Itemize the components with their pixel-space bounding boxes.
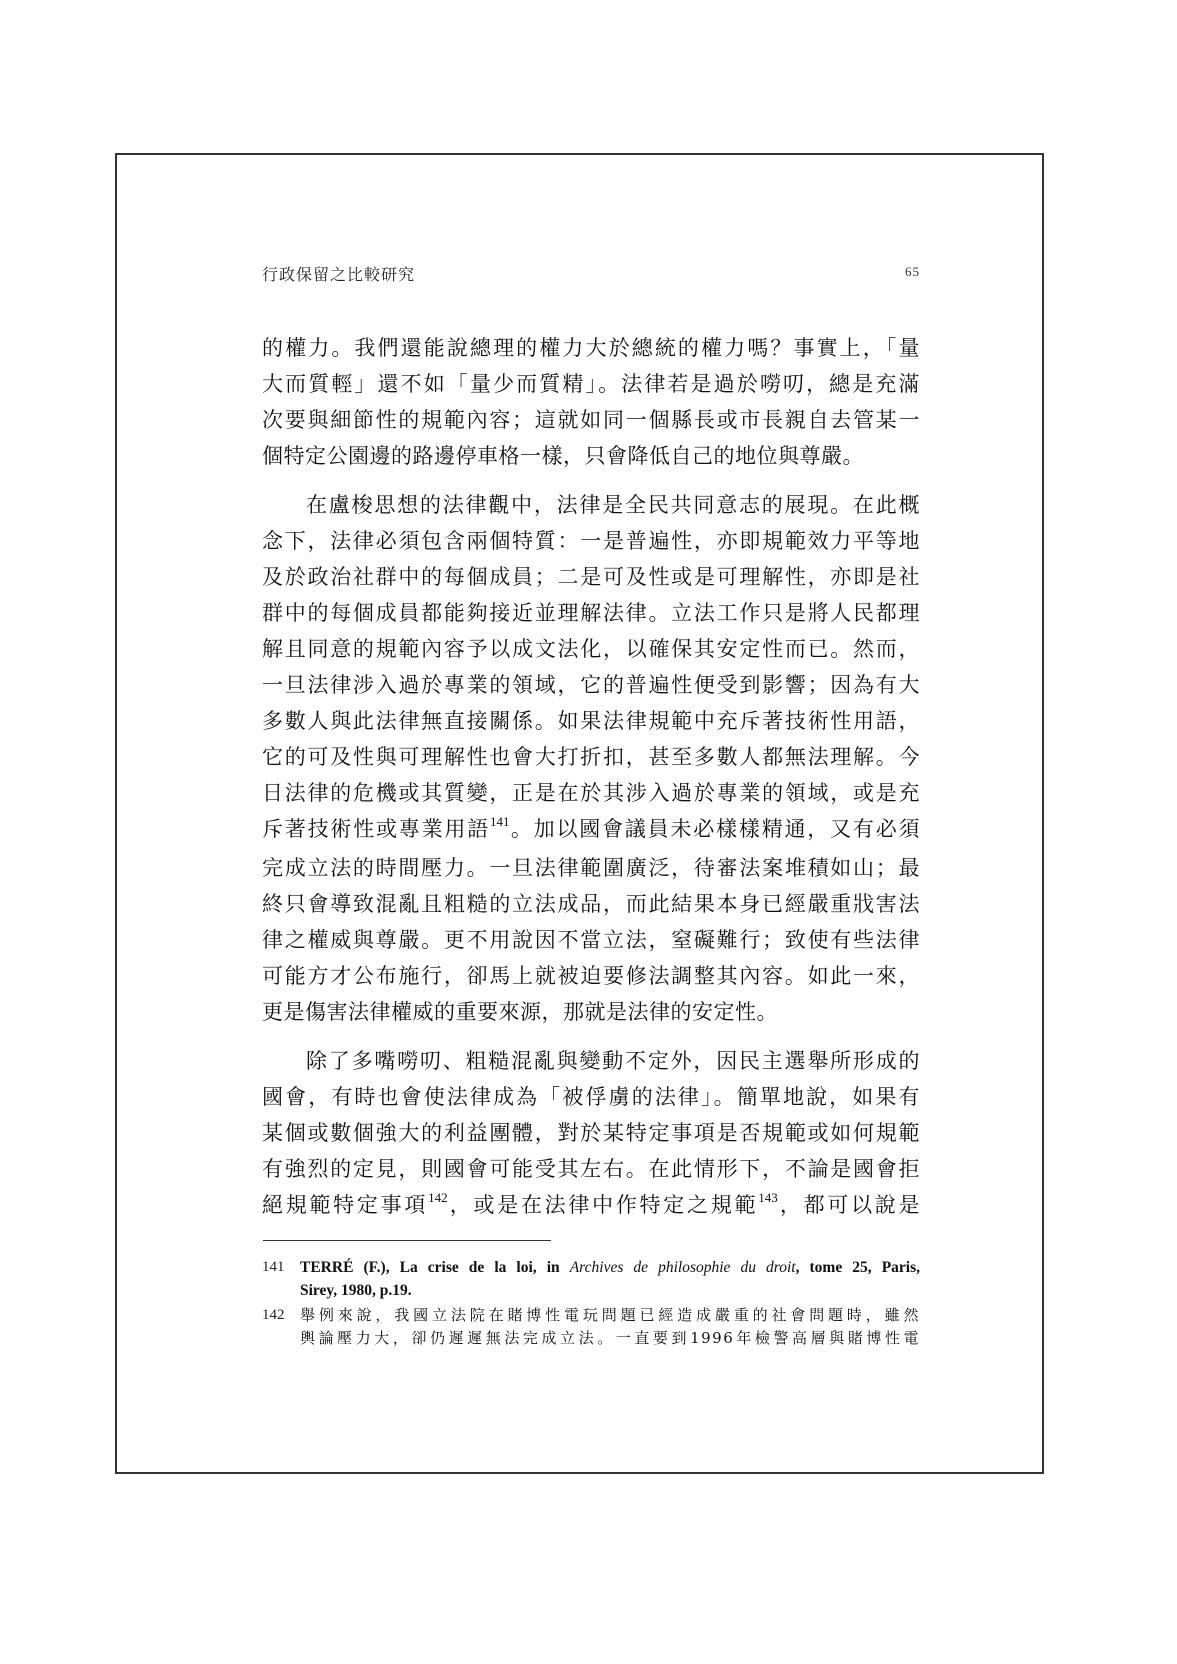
citation-journal: Archives de philosophie du droit (570, 1259, 796, 1276)
text-segment: 絕規範特定事項 (262, 1193, 428, 1217)
running-header: 行政保留之比較研究 65 (262, 262, 920, 286)
footnote-ref-143[interactable]: 143 (758, 1190, 778, 1205)
text-segment: ，都可以說是 (778, 1193, 920, 1217)
text-line: 念下，法律必須包含兩個特質：一是普遍性，亦即規範效力平等地 (262, 523, 920, 559)
text-line: 除了多嘴嘮叨、粗糙混亂與變動不定外，因民主選舉所形成的 (262, 1043, 920, 1079)
text-line-with-footnotes: 絕規範特定事項142，或是在法律中作特定之規範143，都可以說是 (262, 1187, 920, 1226)
text-line: 解且同意的規範內容予以成文法化，以確保其安定性而已。然而， (262, 631, 920, 667)
footnote-separator (263, 1240, 551, 1241)
paragraph-3: 除了多嘴嘮叨、粗糙混亂與變動不定外，因民主選舉所形成的 國會，有時也會使法律成為… (262, 1043, 920, 1226)
text-line: 某個或數個強大的利益團體，對於某特定事項是否規範或如何規範 (262, 1115, 920, 1151)
text-segment: ，或是在法律中作特定之規範 (448, 1193, 759, 1217)
footnote-142: 142 舉例來說，我國立法院在賭博性電玩問題已經造成嚴重的社會問題時，雖然 輿論… (262, 1304, 920, 1350)
text-segment: 。加以國會議員未必樣樣精通，又有必須 (510, 817, 920, 841)
paragraph-1: 的權力。我們還能說總理的權力大於總統的權力嗎？事實上，「量 大而質輕」還不如「量… (262, 330, 920, 474)
footnote-line: 輿論壓力大，卻仍遲遲無法完成立法。一直要到1996年檢警高層與賭博性電 (300, 1327, 920, 1350)
footnote-line: Sirey, 1980, p.19. (300, 1279, 920, 1302)
page-number: 65 (905, 264, 920, 280)
text-line: 它的可及性與可理解性也會大打折扣，甚至多數人都無法理解。今 (262, 739, 920, 775)
text-line: 在盧梭思想的法律觀中，法律是全民共同意志的展現。在此概 (262, 487, 920, 523)
footnote-141: 141 TERRÉ (F.), La crise de la loi, in A… (262, 1256, 920, 1302)
text-line: 完成立法的時間壓力。一旦法律範圍廣泛，待審法案堆積如山；最 (262, 850, 920, 886)
footnote-number: 142 (262, 1304, 285, 1327)
text-line: 可能方才公布施行，卻馬上就被迫要修法調整其內容。如此一來， (262, 958, 920, 994)
text-line: 國會，有時也會使法律成為「被俘虜的法律」。簡單地說，如果有 (262, 1079, 920, 1115)
text-segment: 斥著技術性或專業用語 (262, 817, 490, 841)
text-line: 大而質輕」還不如「量少而質精」。法律若是過於嘮叨，總是充滿 (262, 366, 920, 402)
text-line-with-footnote: 斥著技術性或專業用語141。加以國會議員未必樣樣精通，又有必須 (262, 811, 920, 850)
text-line: 一旦法律涉入過於專業的領域，它的普遍性便受到影響；因為有大 (262, 667, 920, 703)
text-line: 群中的每個成員都能夠接近並理解法律。立法工作只是將人民都理 (262, 595, 920, 631)
footnote-line: 舉例來說，我國立法院在賭博性電玩問題已經造成嚴重的社會問題時，雖然 (300, 1304, 920, 1327)
text-line: 律之權威與尊嚴。更不用說因不當立法，窒礙難行；致使有些法律 (262, 922, 920, 958)
footnote-ref-142[interactable]: 142 (428, 1190, 448, 1205)
text-line: 多數人與此法律無直接關係。如果法律規範中充斥著技術性用語， (262, 703, 920, 739)
text-line: 更是傷害法律權威的重要來源，那就是法律的安定性。 (262, 994, 920, 1030)
body-text: 的權力。我們還能說總理的權力大於總統的權力嗎？事實上，「量 大而質輕」還不如「量… (262, 330, 920, 1226)
text-line: 個特定公園邊的路邊停車格一樣，只會降低自己的地位與尊嚴。 (262, 438, 920, 474)
text-line: 有強烈的定見，則國會可能受其左右。在此情形下，不論是國會拒 (262, 1151, 920, 1187)
footnote-line: TERRÉ (F.), La crise de la loi, in Archi… (300, 1256, 920, 1279)
paragraph-2: 在盧梭思想的法律觀中，法律是全民共同意志的展現。在此概 念下，法律必須包含兩個特… (262, 487, 920, 1030)
running-title: 行政保留之比較研究 (262, 262, 415, 285)
text-line: 日法律的危機或其質變，正是在於其涉入過於專業的領域，或是充 (262, 775, 920, 811)
footnotes: 141 TERRÉ (F.), La crise de la loi, in A… (262, 1256, 920, 1352)
text-line: 的權力。我們還能說總理的權力大於總統的權力嗎？事實上，「量 (262, 330, 920, 366)
citation-details: , tome 25, Paris, (796, 1259, 920, 1276)
citation-author-title: TERRÉ (F.), La crise de la loi, in (300, 1259, 570, 1276)
footnote-ref-141[interactable]: 141 (490, 814, 510, 829)
footnote-number: 141 (262, 1256, 285, 1279)
text-line: 及於政治社群中的每個成員；二是可及性或是可理解性，亦即是社 (262, 559, 920, 595)
text-line: 次要與細節性的規範內容；這就如同一個縣長或市長親自去管某一 (262, 402, 920, 438)
text-line: 終只會導致混亂且粗糙的立法成品，而此結果本身已經嚴重戕害法 (262, 886, 920, 922)
